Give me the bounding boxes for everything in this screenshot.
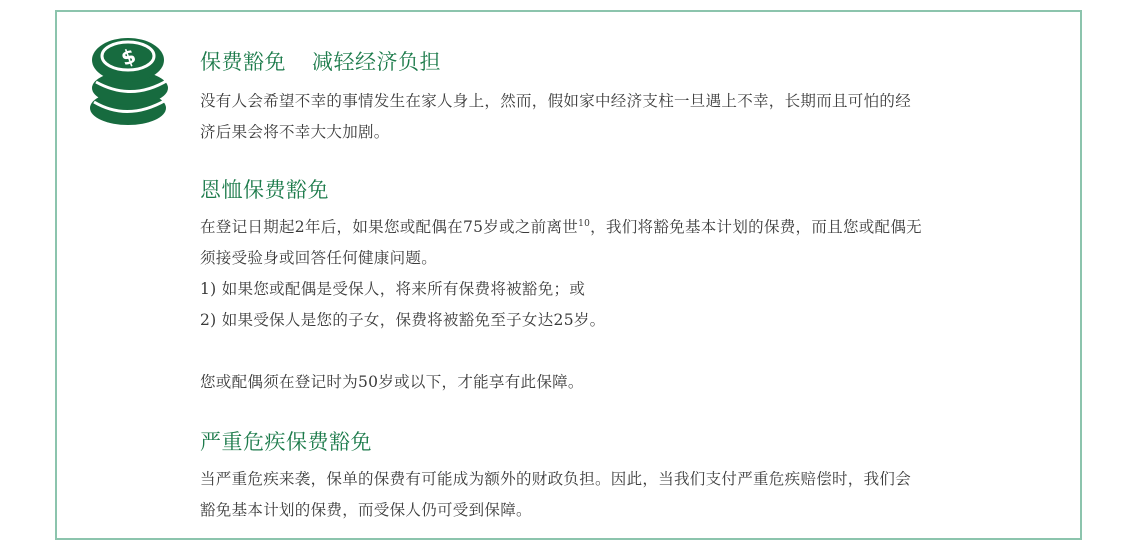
body-line: 没有人会希望不幸的事情发生在家人身上，然而，假如家中经济支柱一旦遇上不幸，长期而… [200, 86, 1050, 117]
body-line: 在登记日期起2年后，如果您或配偶在75岁或之前离世10，我们将豁免基本计划的保费… [200, 212, 1050, 243]
section-title-premium-waiver: 保费豁免减轻经济负担 [200, 48, 441, 76]
section-body-compassionate-waiver: 在登记日期起2年后，如果您或配偶在75岁或之前离世10，我们将豁免基本计划的保费… [200, 212, 1050, 336]
body-line: 须接受验身或回答任何健康问题。 [200, 243, 1050, 274]
body-line: 您或配偶须在登记时为50岁或以下，才能享有此保障。 [200, 367, 1050, 398]
body-line: 当严重危疾来袭，保单的保费有可能成为额外的财政负担。因此，当我们支付严重危疾赔偿… [200, 464, 1050, 495]
section-body-premium-waiver: 没有人会希望不幸的事情发生在家人身上，然而，假如家中经济支柱一旦遇上不幸，长期而… [200, 86, 1050, 148]
title-part-2: 减轻经济负担 [312, 50, 441, 74]
title-part-1: 保费豁免 [200, 50, 286, 74]
body-line: 济后果会将不幸大大加剧。 [200, 117, 1050, 148]
section-title-compassionate-waiver: 恩恤保费豁免 [200, 176, 329, 204]
list-item: 2) 如果受保人是您的子女，保费将被豁免至子女达25岁。 [200, 305, 1050, 336]
body-line: 豁免基本计划的保费，而受保人仍可受到保障。 [200, 495, 1050, 526]
body-text: ，我们将豁免基本计划的保费，而且您或配偶无 [590, 218, 922, 236]
eligibility-note: 您或配偶须在登记时为50岁或以下，才能享有此保障。 [200, 367, 1050, 398]
coin-stack-dollar-icon: $ [88, 36, 172, 128]
body-text: 在登记日期起2年后，如果您或配偶在75岁或之前离世 [200, 218, 578, 236]
footnote-ref: 10 [578, 219, 590, 229]
list-item: 1) 如果您或配偶是受保人，将来所有保费将被豁免；或 [200, 274, 1050, 305]
section-body-critical-illness-waiver: 当严重危疾来袭，保单的保费有可能成为额外的财政负担。因此，当我们支付严重危疾赔偿… [200, 464, 1050, 526]
section-title-critical-illness-waiver: 严重危疾保费豁免 [200, 428, 372, 456]
